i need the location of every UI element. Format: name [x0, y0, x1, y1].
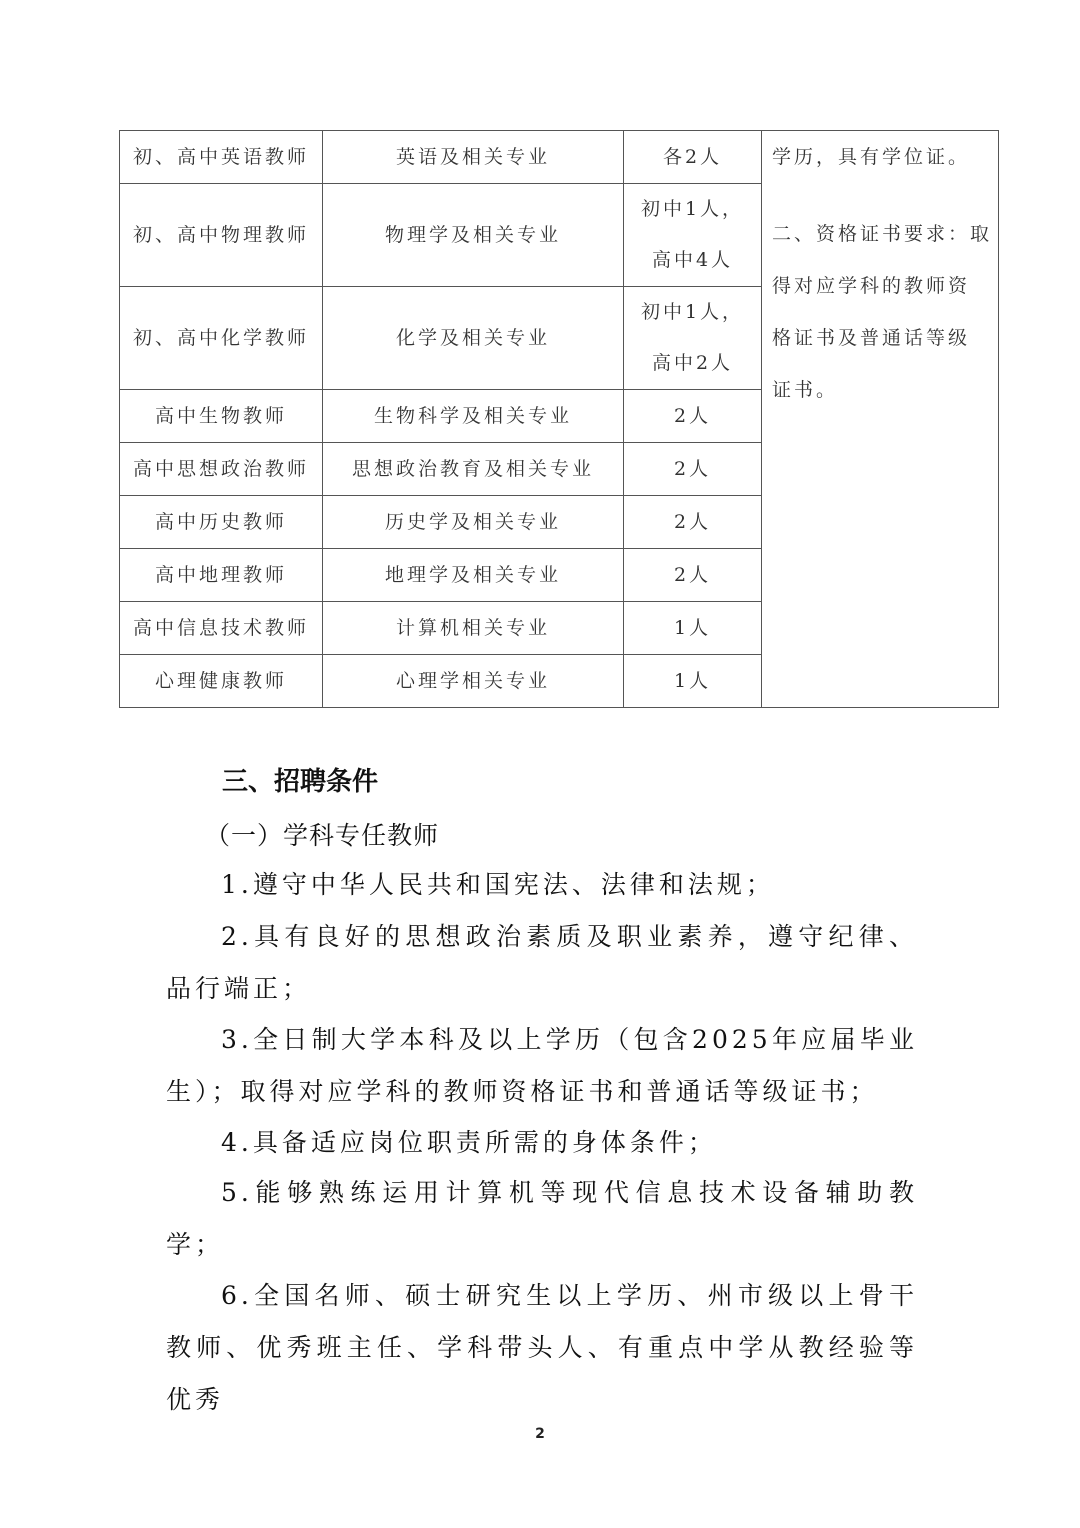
major-cell: 历史学及相关专业 — [323, 496, 624, 549]
requirements-cell: 学历，具有学位证。 二、资格证书要求：取 得对应学科的教师资 格证书及普通话等级… — [762, 131, 999, 708]
major-cell: 地理学及相关专业 — [323, 549, 624, 602]
count-cell: 2人 — [624, 443, 762, 496]
position-cell: 初、高中物理教师 — [120, 184, 323, 287]
position-cell: 高中历史教师 — [120, 496, 323, 549]
count-cell: 初中1人， 高中2人 — [624, 287, 762, 390]
position-cell: 高中地理教师 — [120, 549, 323, 602]
count-line: 高中4人 — [624, 235, 761, 286]
position-cell: 高中思想政治教师 — [120, 443, 323, 496]
position-cell: 初、高中英语教师 — [120, 131, 323, 184]
table-row: 初、高中英语教师 英语及相关专业 各2人 学历，具有学位证。 二、资格证书要求：… — [120, 131, 999, 184]
recruitment-table: 初、高中英语教师 英语及相关专业 各2人 学历，具有学位证。 二、资格证书要求：… — [119, 130, 999, 708]
count-line: 初中1人， — [624, 287, 761, 338]
count-line: 初中1人， — [624, 184, 761, 235]
major-cell: 计算机相关专业 — [323, 602, 624, 655]
condition-item-2: 2.具有良好的思想政治素质及职业素养，遵守纪律、品行端正； — [166, 911, 918, 1015]
condition-item-6: 6.全国名师、硕士研究生以上学历、州市级以上骨干教师、优秀班主任、学科带头人、有… — [166, 1270, 918, 1426]
count-cell: 1人 — [624, 602, 762, 655]
major-cell: 生物科学及相关专业 — [323, 390, 624, 443]
condition-item-3: 3.全日制大学本科及以上学历（包含2025年应届毕业生）；取得对应学科的教师资格… — [166, 1014, 918, 1118]
requirements-line: 二、资格证书要求：取 — [772, 208, 998, 260]
count-cell: 初中1人， 高中4人 — [624, 184, 762, 287]
count-cell: 2人 — [624, 549, 762, 602]
position-cell: 初、高中化学教师 — [120, 287, 323, 390]
requirements-line: 得对应学科的教师资 — [772, 260, 998, 312]
condition-item-1: 1.遵守中华人民共和国宪法、法律和法规； — [166, 859, 918, 911]
count-cell: 2人 — [624, 390, 762, 443]
count-cell: 1人 — [624, 655, 762, 708]
major-cell: 英语及相关专业 — [323, 131, 624, 184]
condition-item-4: 4.具备适应岗位职责所需的身体条件； — [166, 1117, 918, 1169]
position-cell: 高中信息技术教师 — [120, 602, 323, 655]
count-cell: 各2人 — [624, 131, 762, 184]
section-subheading: （一）学科专任教师 — [205, 816, 439, 852]
requirements-line: 格证书及普通话等级 — [772, 312, 998, 364]
count-cell: 2人 — [624, 496, 762, 549]
major-cell: 思想政治教育及相关专业 — [323, 443, 624, 496]
requirements-line: 证书。 — [772, 364, 998, 416]
major-cell: 物理学及相关专业 — [323, 184, 624, 287]
page-number: 2 — [0, 1426, 1080, 1442]
position-cell: 高中生物教师 — [120, 390, 323, 443]
section-heading: 三、招聘条件 — [222, 761, 378, 798]
position-cell: 心理健康教师 — [120, 655, 323, 708]
condition-item-5: 5.能够熟练运用计算机等现代信息技术设备辅助教学； — [166, 1167, 918, 1271]
count-line: 高中2人 — [624, 338, 761, 389]
requirements-line: 学历，具有学位证。 — [772, 131, 998, 183]
major-cell: 心理学相关专业 — [323, 655, 624, 708]
major-cell: 化学及相关专业 — [323, 287, 624, 390]
